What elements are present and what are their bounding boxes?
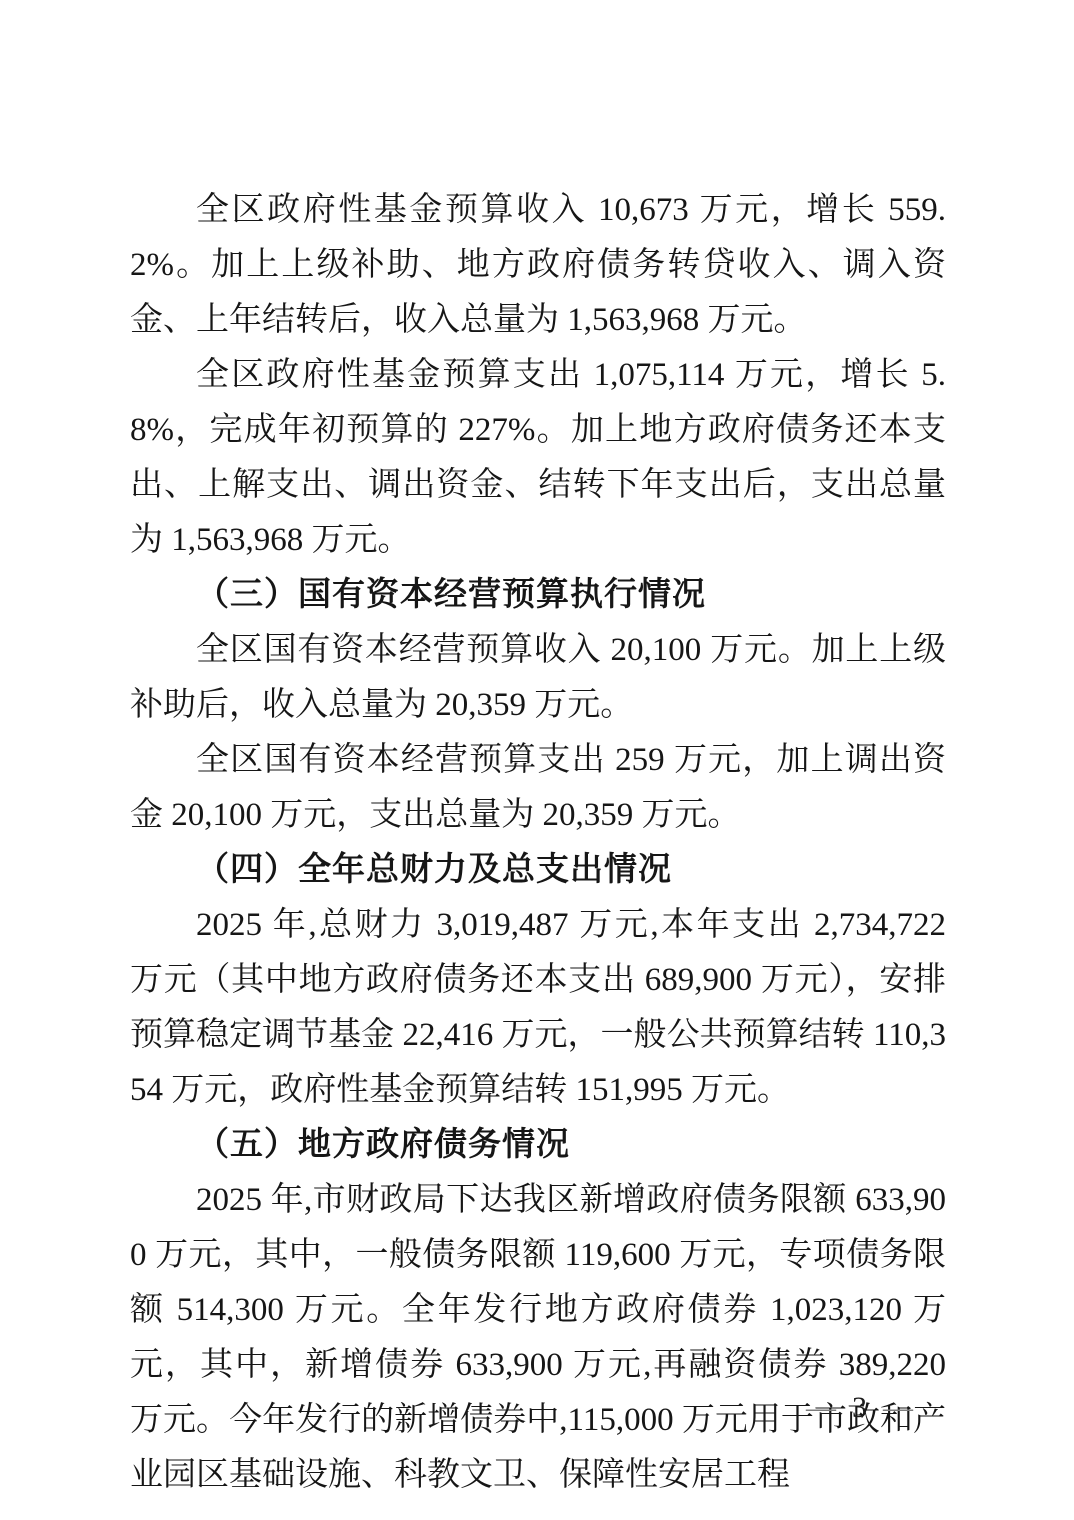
- page-footer: —3—: [806, 1388, 913, 1428]
- section-heading-local-government-debt: （五）地方政府债务情况: [130, 1118, 946, 1173]
- section-heading-state-capital-budget: （三）国有资本经营预算执行情况: [130, 568, 946, 623]
- paragraph-govfund-revenue: 全区政府性基金预算收入 10,673 万元，增长 559.2%。加上上级补助、地…: [130, 183, 946, 348]
- paragraph-state-capital-expenditure: 全区国有资本经营预算支出 259 万元，加上调出资金 20,100 万元，支出总…: [130, 733, 946, 843]
- document-body: 全区政府性基金预算收入 10,673 万元，增长 559.2%。加上上级补助、地…: [130, 183, 946, 1503]
- page-number: 3: [836, 1391, 883, 1424]
- document-page: 全区政府性基金预算收入 10,673 万元，增长 559.2%。加上上级补助、地…: [0, 0, 1074, 1520]
- paragraph-local-government-debt: 2025 年,市财政局下达我区新增政府债务限额 633,900 万元，其中，一般…: [130, 1173, 946, 1503]
- footer-dash-right: —: [883, 1391, 913, 1424]
- paragraph-total-fiscal-capacity: 2025 年,总财力 3,019,487 万元,本年支出 2,734,722 万…: [130, 898, 946, 1118]
- paragraph-govfund-expenditure: 全区政府性基金预算支出 1,075,114 万元，增长 5.8%，完成年初预算的…: [130, 348, 946, 568]
- paragraph-state-capital-revenue: 全区国有资本经营预算收入 20,100 万元。加上上级补助后，收入总量为 20,…: [130, 623, 946, 733]
- section-heading-total-fiscal-capacity: （四）全年总财力及总支出情况: [130, 843, 946, 898]
- footer-dash-left: —: [806, 1391, 836, 1424]
